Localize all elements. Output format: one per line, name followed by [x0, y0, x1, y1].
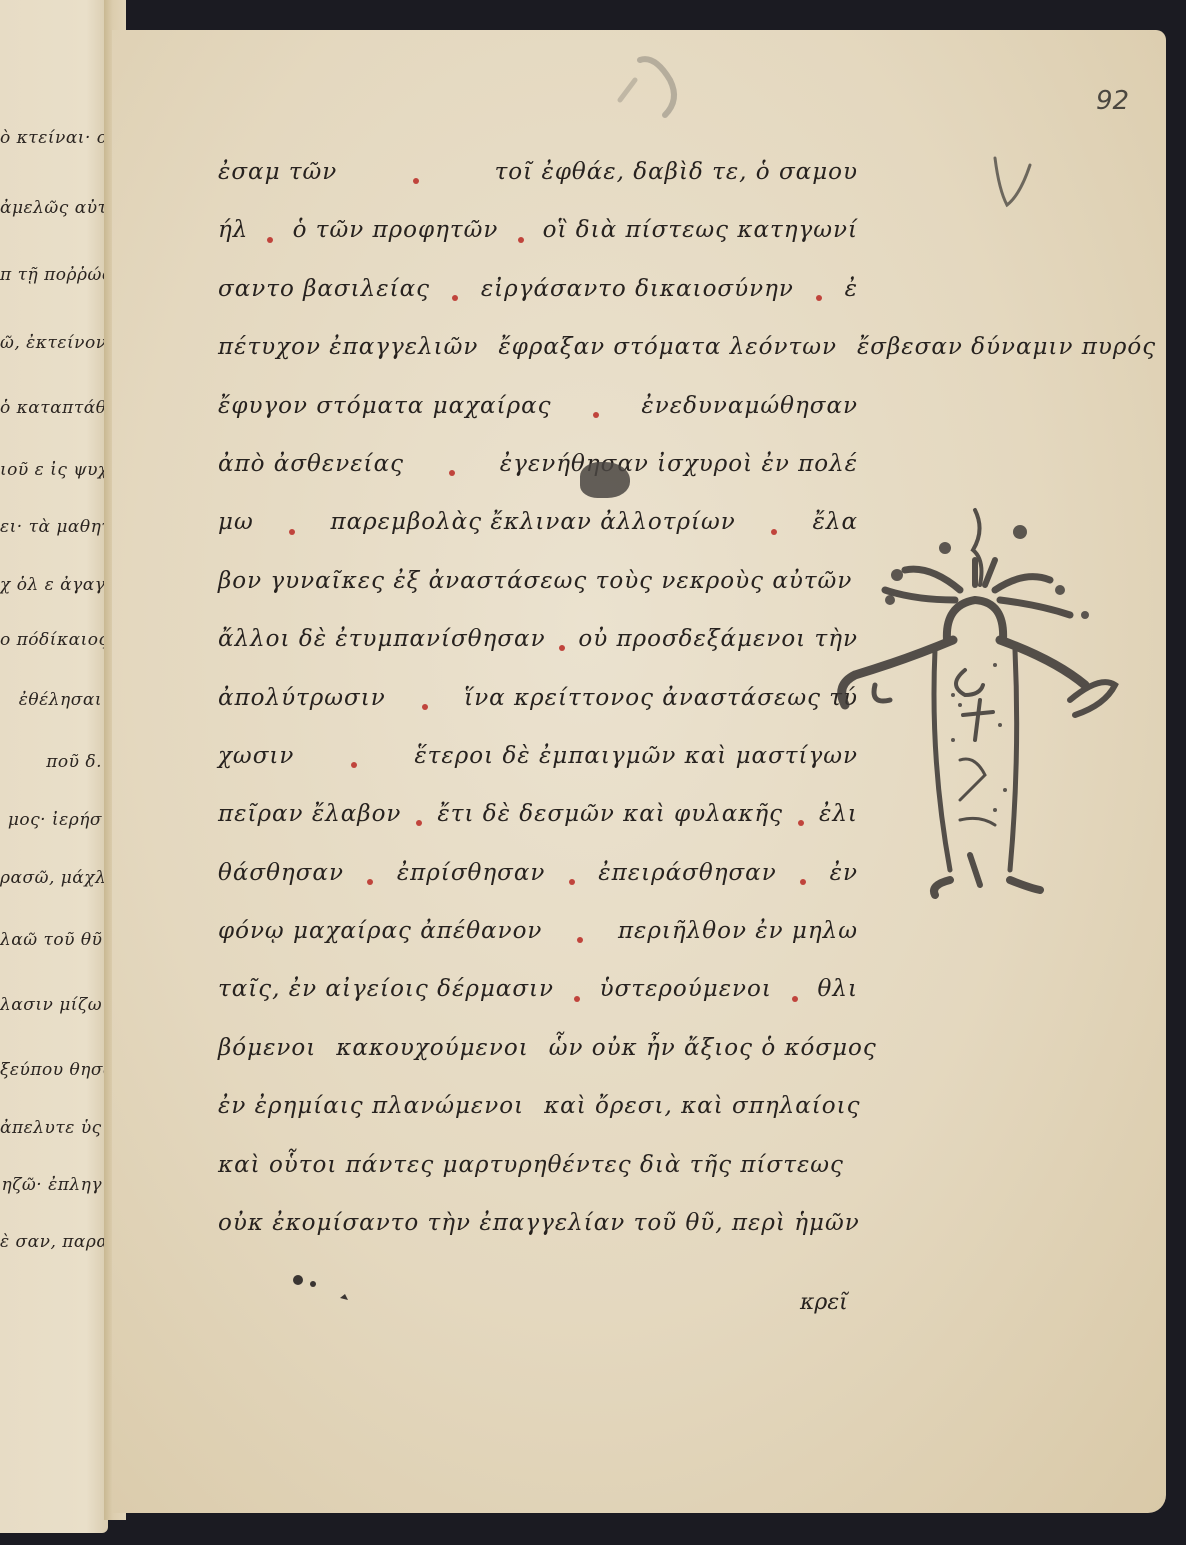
text-line: ταῖς, ἐν αἰγείοις δέρμασινὑστερούμενοιθλ…: [218, 969, 858, 1027]
text-segment: βον γυναῖκες ἐξ ἀναστάσεως τοὺς νεκροὺς …: [218, 561, 852, 619]
text-segment: ἵνα κρείττονος ἀναστάσεως τύ: [464, 678, 858, 736]
text-segment: μω: [218, 502, 254, 560]
rubric-punctus-icon: [569, 879, 575, 885]
left-page-line: ο πόδίκαιος: [0, 630, 110, 650]
text-segment: καὶ οὗτοι πάντες μαρτυρηθέντες διὰ τῆς π…: [218, 1145, 844, 1203]
ink-blot: [580, 462, 630, 498]
left-page-line: ἀπελυτε ὑς ὃ: [0, 1118, 110, 1138]
text-segment: εἰργάσαντο δικαιοσύνην: [481, 269, 794, 327]
human-figure-sketch-icon: [835, 490, 1125, 910]
text-segment: φόνῳ μαχαίρας ἀπέθανον: [218, 911, 542, 969]
text-segment: οὐ προσδεξάμενοι τὴν: [578, 619, 858, 677]
text-segment: ἐν ἐρημίαις πλανώμενοι: [218, 1086, 524, 1144]
text-line: ἐν ἐρημίαις πλανώμενοικαὶ ὄρεσι, καὶ σπη…: [218, 1086, 858, 1144]
rubric-punctus-icon: [593, 412, 599, 418]
text-segment: θάσθησαν: [218, 853, 344, 911]
text-segment: ήλ: [218, 210, 248, 268]
text-line: καὶ οὗτοι πάντες μαρτυρηθέντες διὰ τῆς π…: [218, 1145, 858, 1203]
text-segment: ἔτι δὲ δεσμῶν καὶ φυλακῆς: [437, 794, 783, 852]
text-segment: ἕτεροι δὲ ἐμπαιγμῶν καὶ μαστίγων: [414, 736, 858, 794]
text-line: ἄλλοι δὲ ἐτυμπανίσθησανοὐ προσδεξάμενοι …: [218, 619, 858, 677]
text-line: ἐσαμ τῶντοῖ ἐφθάε, δαβὶδ τε, ὁ σαμου: [218, 152, 858, 210]
text-line: ήλὁ τῶν προφητῶνοἳ διὰ πίστεως κατηγωνί: [218, 210, 858, 268]
main-text-block: ἐσαμ τῶντοῖ ἐφθάε, δαβὶδ τε, ὁ σαμουήλὁ …: [218, 152, 858, 1261]
text-segment: τοῖ ἐφθάε, δαβὶδ τε, ὁ σαμου: [495, 152, 858, 210]
left-page-line: π τῇ ποῤῥώσῃ: [0, 265, 110, 285]
bottom-ink-dots: [288, 1270, 358, 1314]
left-page-line: μος· ἰερήσ: [0, 810, 110, 830]
left-page-line: ρασῶ, μάχλον: [0, 868, 110, 888]
text-segment: ἔφραξαν στόματα λεόντων: [498, 327, 837, 385]
text-segment: ἐγενήθησαν ἰσχυροὶ ἐν πολέ: [500, 444, 858, 502]
text-segment: βόμενοι: [218, 1028, 316, 1086]
left-page-line: ιοῦ ε ἰς ψυχὴν: [0, 460, 110, 480]
text-segment: κακουχούμενοι: [336, 1028, 528, 1086]
left-page-line: ἐθέλησαι: [0, 690, 110, 710]
left-page-line: ἀμελῶς αὐτῆς: [0, 198, 110, 218]
left-page-line: ξεύπου θησαν: [0, 1060, 110, 1080]
left-page-line: ηζῶ· ἐπληγ: [0, 1175, 110, 1195]
rubric-punctus-icon: [289, 529, 295, 535]
rubric-punctus-icon: [351, 762, 357, 768]
text-line: φόνῳ μαχαίρας ἀπέθανονπεριῆλθον ἐν μηλω: [218, 911, 858, 969]
text-segment: ὑστερούμενοι: [600, 969, 772, 1027]
text-segment: ταῖς, ἐν αἰγείοις δέρμασιν: [218, 969, 554, 1027]
text-segment: πέτυχον ἐπαγγελιῶν: [218, 327, 478, 385]
text-line: οὐκ ἐκομίσαντο τὴν ἐπαγγελίαν τοῦ θῦ, πε…: [218, 1203, 858, 1261]
rubric-punctus-icon: [816, 295, 822, 301]
text-segment: ἀπολύτρωσιν: [218, 678, 386, 736]
text-segment: πεῖραν ἔλαβον: [218, 794, 401, 852]
text-line: χωσινἕτεροι δὲ ἐμπαιγμῶν καὶ μαστίγων: [218, 736, 858, 794]
rubric-punctus-icon: [577, 937, 583, 943]
text-segment: ἀπὸ ἀσθενείας: [218, 444, 404, 502]
text-segment: ἐνεδυναμώθησαν: [641, 386, 858, 444]
rubric-punctus-icon: [422, 704, 428, 710]
left-page-line: χ ὁλ ε ἀγαγ: [0, 575, 110, 595]
rubric-punctus-icon: [413, 178, 419, 184]
text-segment: ἐπρίσθησαν: [397, 853, 546, 911]
left-page-line: ὸ κτείναι· οἱ: [0, 128, 110, 148]
folio-number: 92: [1096, 86, 1129, 116]
rubric-punctus-icon: [518, 237, 524, 243]
text-segment: παρεμβολὰς ἔκλιναν ἀλλοτρίων: [330, 502, 735, 560]
left-page-line: ει· τὰ μαθητ: [0, 517, 110, 537]
left-page-line: ποῦ δ.: [0, 752, 110, 772]
text-line: βον γυναῖκες ἐξ ἀναστάσεως τοὺς νεκροὺς …: [218, 561, 858, 619]
rubric-punctus-icon: [771, 529, 777, 535]
text-segment: σαντο βασιλείας: [218, 269, 430, 327]
left-page-line: ῶ, ἐκτείνον: [0, 333, 110, 353]
text-line: πέτυχον ἐπαγγελιῶνἔφραξαν στόματα λεόντω…: [218, 327, 858, 385]
text-line: πεῖραν ἔλαβονἔτι δὲ δεσμῶν καὶ φυλακῆςἐλ…: [218, 794, 858, 852]
text-line: ἀπὸ ἀσθενείαςἐγενήθησαν ἰσχυροὶ ἐν πολέ: [218, 444, 858, 502]
catchword: κρεῖ: [800, 1290, 848, 1315]
rubric-punctus-icon: [559, 645, 565, 651]
text-segment: ἔσβεσαν δύναμιν πυρός: [857, 327, 1156, 385]
left-page-fragment: ὸ κτείναι· οἱἀμελῶς αὐτῆςπ τῇ ποῤῥώσῃῶ, …: [0, 0, 108, 1533]
top-smudge-mark: [610, 40, 710, 124]
text-segment: οἳ διὰ πίστεως κατηγωνί: [543, 210, 858, 268]
left-page-line: λασιν μίζω: [0, 995, 110, 1015]
rubric-punctus-icon: [449, 470, 455, 476]
figure-drawing: [835, 490, 1125, 914]
text-line: μωπαρεμβολὰς ἔκλιναν ἀλλοτρίωνἔλα: [218, 502, 858, 560]
text-line: σαντο βασιλείαςεἰργάσαντο δικαιοσύνηνἐ: [218, 269, 858, 327]
text-segment: ἔφυγον στόματα μαχαίρας: [218, 386, 552, 444]
text-line: ἔφυγον στόματα μαχαίραςἐνεδυναμώθησαν: [218, 386, 858, 444]
text-segment: ὁ τῶν προφητῶν: [293, 210, 499, 268]
rubric-punctus-icon: [574, 996, 580, 1002]
rubric-punctus-icon: [792, 996, 798, 1002]
rubric-punctus-icon: [367, 879, 373, 885]
rubric-punctus-icon: [452, 295, 458, 301]
left-page-line: λαῶ τοῦ θῦ: [0, 930, 110, 950]
text-segment: ἐ: [845, 269, 858, 327]
text-line: βόμενοικακουχούμενοιὧν οὐκ ἦν ἄξιος ὁ κό…: [218, 1028, 858, 1086]
text-segment: οὐκ ἐκομίσαντο τὴν ἐπαγγελίαν τοῦ θῦ, πε…: [218, 1203, 860, 1261]
pencil-v-mark: [985, 150, 1045, 224]
text-segment: ἄλλοι δὲ ἐτυμπανίσθησαν: [218, 619, 546, 677]
text-segment: ἐπειράσθησαν: [598, 853, 776, 911]
left-page-line: ὁ καταπτάθη: [0, 398, 110, 418]
text-segment: περιῆλθον ἐν μηλω: [618, 911, 858, 969]
left-page-line: ὲ σαν, παρακα: [0, 1232, 110, 1252]
text-line: ἀπολύτρωσινἵνα κρείττονος ἀναστάσεως τύ: [218, 678, 858, 736]
text-segment: καὶ ὄρεσι, καὶ σπηλαίοις: [544, 1086, 860, 1144]
rubric-punctus-icon: [267, 237, 273, 243]
rubric-punctus-icon: [798, 820, 804, 826]
text-segment: ὧν οὐκ ἦν ἄξιος ὁ κόσμος: [549, 1028, 877, 1086]
rubric-punctus-icon: [416, 820, 422, 826]
text-segment: χωσιν: [218, 736, 294, 794]
text-line: θάσθησανἐπρίσθησανἐπειράσθησανἐν: [218, 853, 858, 911]
rubric-punctus-icon: [800, 879, 806, 885]
text-segment: ἐσαμ τῶν: [218, 152, 337, 210]
text-segment: θλι: [818, 969, 858, 1027]
